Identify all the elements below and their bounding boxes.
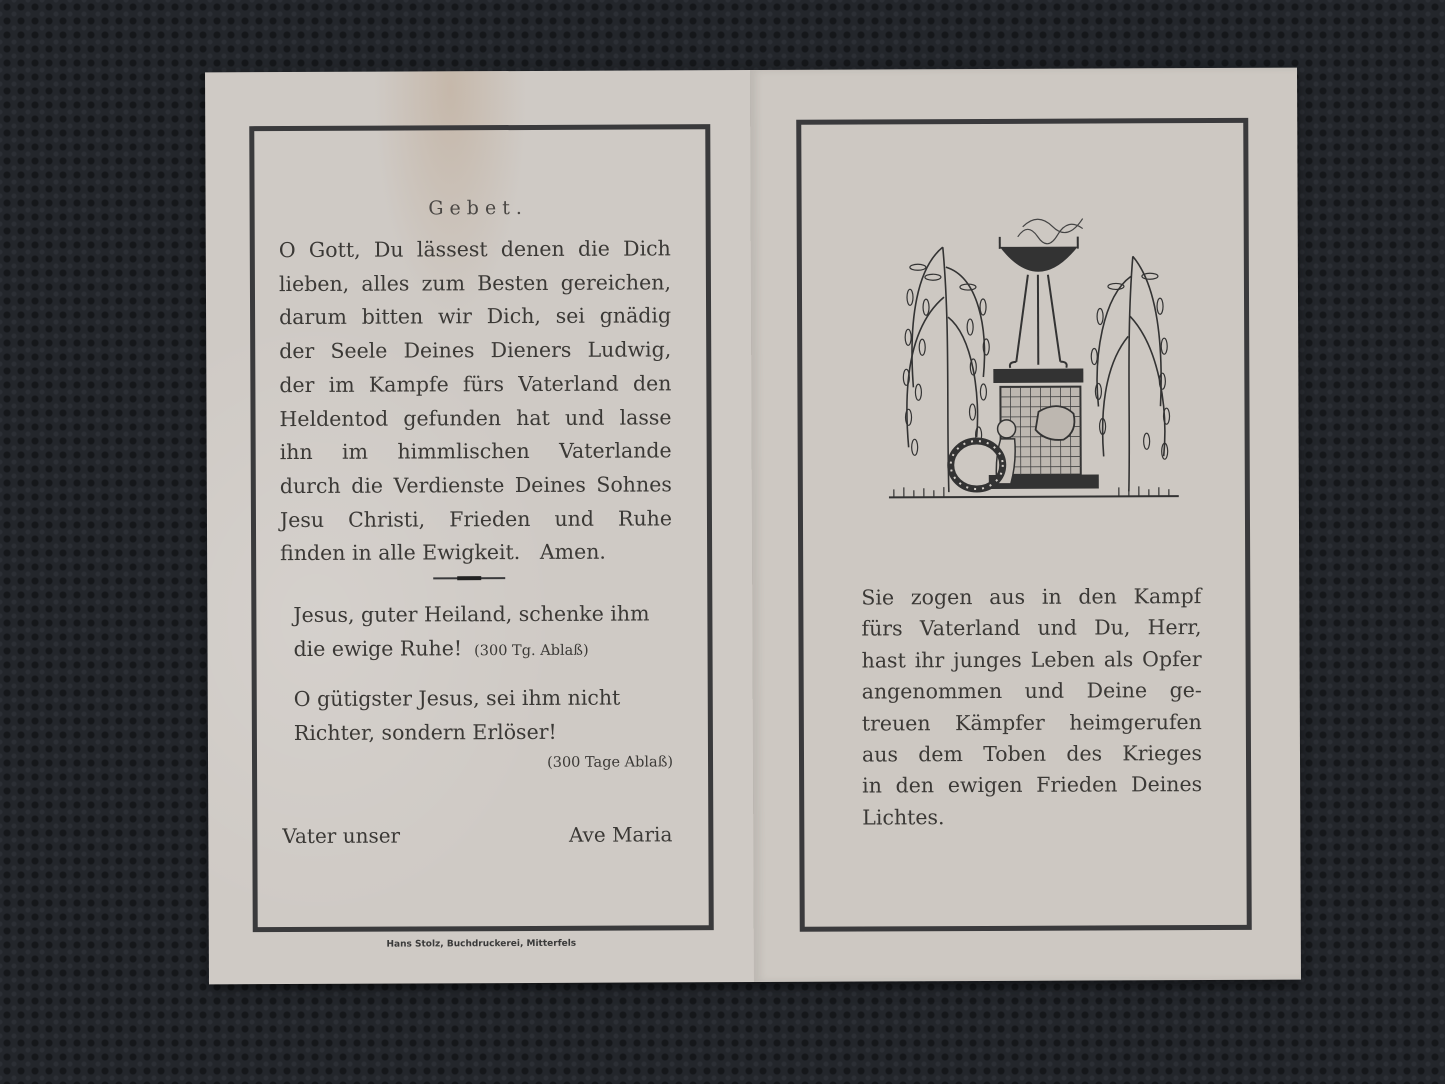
verse-line: treuen Kämpfer heimgerufen — [862, 707, 1202, 740]
section-divider — [433, 577, 505, 579]
right-panel: Sie zogen aus in den Kampf fürs Vaterlan… — [750, 68, 1301, 982]
verse-line: Sie zogen aus in den Kampf — [861, 581, 1201, 614]
prayer-line: Heldentod gefunden hat und lasse — [279, 401, 671, 436]
invocation-line-wrap: die ewige Ruhe!(300 Tg. Ablaß) — [293, 630, 673, 669]
invocation-line: die ewige Ruhe! — [293, 636, 462, 661]
memorial-prayer-card: Gebet. O Gott, Du lässest denen die Dich… — [205, 68, 1301, 985]
verse-line: Lichtes. — [862, 801, 1202, 834]
prayer-line: durch die Verdienste Deines Sohnes — [280, 468, 672, 503]
prayer-line: der Seele Deines Dieners Ludwig, — [279, 333, 671, 368]
prayer-line: Jesu Christi, Frieden und Ruhe — [280, 502, 672, 537]
prayer-line: finden in alle Ewigkeit. Amen. — [280, 536, 672, 571]
prayer-text: O Gott, Du lässest denen die Dich lieben… — [279, 232, 672, 571]
invocation-2: O gütigster Jesus, sei ihm nicht Richter… — [294, 680, 674, 750]
prayer-line: der im Kampfe fürs Vaterland den — [279, 367, 671, 402]
indulgence-note: (300 Tg. Ablaß) — [474, 643, 589, 659]
left-panel: Gebet. O Gott, Du lässest denen die Dich… — [205, 70, 755, 984]
verse-line: angenommen und Deine ge- — [862, 675, 1202, 708]
dedication-verse: Sie zogen aus in den Kampf fürs Vaterlan… — [861, 581, 1202, 834]
prayer-line: lieben, alles zum Besten gereichen, — [279, 266, 671, 301]
printer-credit: Hans Stolz, Buchdruckerei, Mitterfels — [209, 938, 754, 950]
verse-line: in den ewigen Frieden Deines — [862, 769, 1202, 802]
invocation-line: Jesus, guter Heiland, schenke ihm — [293, 596, 673, 632]
invocation-line: Richter, sondern Erlöser! — [294, 714, 674, 750]
footer-ave-maria: Ave Maria — [569, 822, 673, 846]
footer-vater-unser: Vater unser — [282, 824, 400, 849]
verse-line: aus dem Toben des Krieges — [862, 738, 1202, 771]
prayer-title: Gebet. — [206, 196, 751, 220]
invocation-1: Jesus, guter Heiland, schenke ihm die ew… — [293, 596, 673, 669]
prayer-line: O Gott, Du lässest denen die Dich — [279, 232, 671, 267]
verse-line: hast ihr junges Leben als Opfer — [862, 644, 1202, 677]
prayer-line: darum bitten wir Dich, sei gnädig — [279, 300, 671, 335]
indulgence-note: (300 Tage Ablaß) — [547, 754, 673, 771]
invocation-line: O gütigster Jesus, sei ihm nicht — [294, 680, 674, 716]
prayer-footer: Vater unser Ave Maria — [282, 822, 672, 848]
prayer-line: ihn im himmlischen Vaterlande — [280, 435, 672, 470]
verse-line: fürs Vaterland und Du, Herr, — [861, 612, 1201, 645]
memorial-engraving-icon — [888, 206, 1179, 502]
